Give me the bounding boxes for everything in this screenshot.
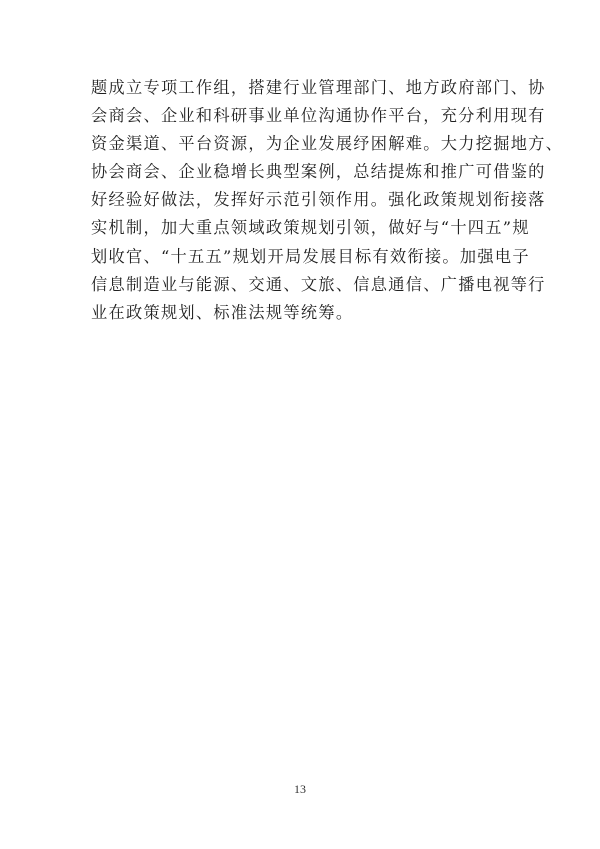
page-number: 13 [0, 782, 600, 797]
text-line: 协会商会、企业稳增长典型案例，总结提炼和推广可借鉴的 [91, 158, 515, 186]
text-line: 实机制，加大重点领域政策规划引领，做好与“十四五”规 [91, 214, 515, 242]
document-page: 题成立专项工作组，搭建行业管理部门、地方政府部门、协 会商会、企业和科研事业单位… [0, 0, 600, 849]
text-line: 划收官、“十五五”规划开局发展目标有效衔接。加强电子 [91, 243, 515, 271]
text-line: 题成立专项工作组，搭建行业管理部门、地方政府部门、协 [91, 74, 515, 102]
text-line: 会商会、企业和科研事业单位沟通协作平台，充分利用现有 [91, 102, 515, 130]
text-line: 好经验好做法，发挥好示范引领作用。强化政策规划衔接落 [91, 186, 515, 214]
text-line: 业在政策规划、标准法规等统筹。 [91, 299, 515, 327]
text-line: 信息制造业与能源、交通、文旅、信息通信、广播电视等行 [91, 271, 515, 299]
body-paragraph: 题成立专项工作组，搭建行业管理部门、地方政府部门、协 会商会、企业和科研事业单位… [91, 74, 515, 327]
text-line: 资金渠道、平台资源，为企业发展纾困解难。大力挖掘地方、 [91, 130, 515, 158]
